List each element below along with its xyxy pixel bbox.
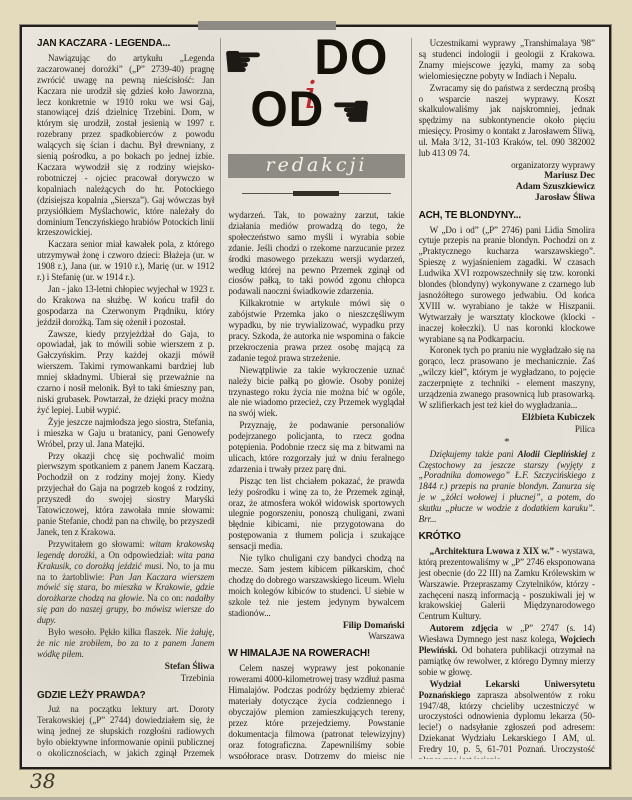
signature-place: Trzebinia — [37, 673, 214, 684]
text-run: Nie tylko chuligani czy bandyci chodzą n… — [228, 553, 404, 618]
masthead-word-od: OD — [250, 85, 324, 135]
text-run: zaprasza absolwentów z roku 1947/48, któ… — [419, 690, 595, 759]
paragraph: Przywitałem go słowami: witam krakowską … — [37, 539, 214, 626]
text-run: Nawiązując do artykułu „Legenda zaczarow… — [37, 53, 214, 238]
paragraph: Wydział Lekarski Uniwersytetu Poznańskie… — [419, 679, 595, 759]
text-run: Koronek tych po praniu nie wygładzało si… — [419, 345, 595, 410]
paragraph: Kaczara senior miał kawałek pola, z któr… — [37, 239, 214, 283]
text-run: Już na początku lektury art. Doroty Tera… — [37, 704, 214, 759]
text-run: W „Do i od” („P” 2746) pani Lidia Smolir… — [419, 225, 595, 344]
pointing-hand-right-icon: ☛ — [222, 38, 263, 84]
article-headline: W HIMALAJE NA ROWERACH! — [228, 649, 404, 660]
text-run: Na co on: — [144, 593, 185, 603]
paragraph: W „Do i od” („P” 2746) pani Lidia Smolir… — [419, 225, 595, 345]
paragraph: „Architektura Lwowa z XIX w.” - wystawa,… — [419, 546, 595, 622]
column-right: Uczestnikami wyprawy „Transhimalaya '98”… — [411, 38, 601, 759]
paragraph: Przyznaję, że podawanie personaliów pode… — [228, 420, 404, 475]
columns-container: JAN KACZARA - LEGENDA...Nawiązując do ar… — [22, 27, 609, 767]
paragraph: wydarzeń. Tak, to poważny zarzut, takie … — [228, 210, 404, 297]
text-run: , a On odpowiedział: — [95, 550, 178, 560]
text-run: Żyje jeszcze najmłodsza jego siostra, St… — [37, 417, 214, 449]
text-run: Było wesoło. Pękło kilka flaszek. — [48, 627, 175, 637]
text-run: Alodii Cieplińskiej — [518, 449, 588, 459]
masthead-do-i-od-redakcji: ☛ DO i OD ☚ redakcji — [228, 38, 404, 204]
masthead-rule-thick-segment — [293, 191, 339, 196]
paragraph: Już na początku lektury art. Doroty Tera… — [37, 704, 214, 759]
signature-name: Stefan Śliwa — [37, 662, 214, 673]
text-run: Uczestnikami wyprawy „Transhimalaya '98”… — [419, 38, 595, 81]
text-run: Przy okazji chcę się pochwalić moim pier… — [37, 451, 214, 537]
article-headline: ACH, TE BLONDYNY... — [419, 211, 595, 222]
paragraph: Autorem zdjęcia w „P” 2747 (s. 14) Wiesł… — [419, 623, 595, 678]
article-headline: KRÓTKO — [419, 532, 595, 543]
paragraph: Koronek tych po praniu nie wygładzało si… — [419, 345, 595, 410]
masthead-rule — [242, 193, 390, 194]
column-center: ☛ DO i OD ☚ redakcji wydarzeń. Tak, to p… — [220, 38, 410, 759]
masthead-banner: redakcji — [228, 154, 404, 178]
paragraph: Zwracamy się do państwa z serdeczną proś… — [419, 83, 595, 159]
text-run: Kilkakrotnie w artykule mówi się o zabój… — [228, 298, 404, 363]
text-run: Zwracamy się do państwa z serdeczną proś… — [419, 83, 595, 158]
magazine-page: { "page": { "number": "38" }, "colors": … — [0, 0, 632, 800]
pointing-hand-left-icon: ☚ — [330, 88, 371, 134]
top-gray-bar — [198, 21, 336, 30]
article-headline: JAN KACZARA - LEGENDA... — [37, 39, 214, 50]
page-frame: JAN KACZARA - LEGENDA...Nawiązując do ar… — [20, 25, 611, 769]
text-run: Przyznaję, że podawanie personaliów pode… — [228, 420, 404, 474]
paragraph: Celem naszej wyprawy jest pokonanie rowe… — [228, 663, 404, 759]
paragraph: Nawiązując do artykułu „Legenda zaczarow… — [37, 53, 214, 238]
text-run: Celem naszej wyprawy jest pokonanie rowe… — [228, 663, 404, 759]
paragraph: Zawsze, kiedy przyjeżdżał do Gaja, to op… — [37, 329, 214, 416]
signature-name: Jarosław Śliwa — [419, 193, 595, 204]
paragraph: Przy okazji chcę się pochwalić moim pier… — [37, 451, 214, 538]
paragraph: Kilkakrotnie w artykule mówi się o zabój… — [228, 298, 404, 363]
text-run: Dziękujemy także pani — [430, 449, 518, 459]
column-left: JAN KACZARA - LEGENDA...Nawiązując do ar… — [30, 38, 220, 759]
signature-name: Elżbieta Kubiczek — [419, 413, 595, 424]
page-number: 38 — [30, 769, 55, 793]
text-run: Autorem zdjęcia — [430, 623, 498, 633]
masthead-word-do: DO — [314, 38, 388, 83]
paragraph: Niewątpliwie za takie wykroczenie uznać … — [228, 365, 404, 420]
signature-place: Pilica — [419, 424, 595, 435]
paragraph: Nie tylko chuligani czy bandyci chodzą n… — [228, 553, 404, 618]
text-run: Kaczara senior miał kawałek pola, z któr… — [37, 239, 214, 282]
asterisk-separator: * — [419, 437, 595, 448]
paragraph: Było wesoło. Pękło kilka flaszek. Nie ża… — [37, 627, 214, 660]
paragraph: Jan - jako 13-letni chłopiec wyjechał w … — [37, 284, 214, 328]
text-run: z Częstochowy za jeszcze starszy (wyjęty… — [419, 449, 595, 524]
paragraph: Żyje jeszcze najmłodsza jego siostra, St… — [37, 417, 214, 450]
signature-place: Warszawa — [228, 631, 404, 642]
text-run: Przywitałem go słowami: — [48, 539, 150, 549]
text-run: wydarzeń. Tak, to poważny zarzut, takie … — [228, 210, 404, 296]
text-run: Pisząc ten list chciałem pokazać, że pra… — [228, 476, 404, 551]
text-run: Niewątpliwie za takie wykroczenie uznać … — [228, 365, 404, 419]
text-run: - wystawa, którą prezentowaliśmy w „P” 2… — [419, 546, 595, 621]
article-headline: GDZIE LEŻY PRAWDA? — [37, 691, 214, 702]
paragraph: Dziękujemy także pani Alodii Cieplińskie… — [419, 449, 595, 525]
paragraph: Pisząc ten list chciałem pokazać, że pra… — [228, 476, 404, 552]
text-run: Zawsze, kiedy przyjeżdżał do Gaja, to op… — [37, 329, 214, 415]
text-run: „Architektura Lwowa z XIX w.” — [430, 546, 554, 556]
signature-name: Filip Domański — [228, 621, 404, 632]
text-run: Jan - jako 13-letni chłopiec wyjechał w … — [37, 284, 214, 327]
paragraph: Uczestnikami wyprawy „Transhimalaya '98”… — [419, 38, 595, 82]
